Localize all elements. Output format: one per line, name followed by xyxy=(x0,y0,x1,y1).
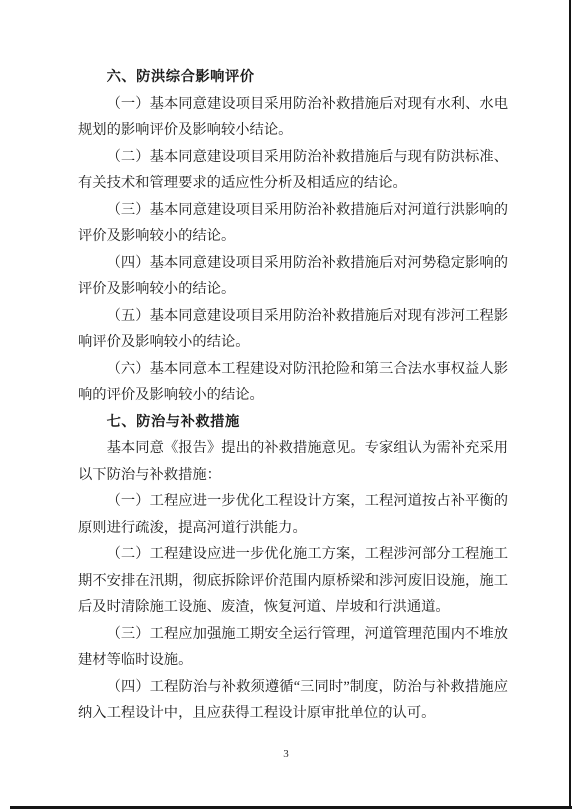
document-paragraph: （二）工程建设应进一步优化施工方案，工程涉河部分工程施工期不安排在汛期，彻底拆除… xyxy=(78,541,508,621)
page-number: 3 xyxy=(0,746,572,762)
document-paragraph: （四）基本同意建设项目采用防治补救措施后对河势稳定影响的评价及影响较小的结论。 xyxy=(78,250,508,303)
document-paragraph: （五）基本同意建设项目采用防治补救措施后对现有涉河工程影响评价及影响较小的结论。 xyxy=(78,303,508,356)
document-paragraph: （三）基本同意建设项目采用防治补救措施后对河道行洪影响的评价及影响较小的结论。 xyxy=(78,197,508,250)
document-paragraph: （一）工程应进一步优化工程设计方案，工程河道按占补平衡的原则进行疏浚，提高河道行… xyxy=(78,488,508,541)
document-paragraph: （六）基本同意本工程建设对防汛抢险和第三合法水事权益人影响的评价及影响较小的结论… xyxy=(78,356,508,409)
section-heading-7: 七、防治与补救措施 xyxy=(78,409,508,436)
scan-edge-right xyxy=(569,0,571,809)
document-paragraph: （三）工程应加强施工期安全运行管理，河道管理范围内不堆放建材等临时设施。 xyxy=(78,621,508,674)
document-paragraph: （二）基本同意建设项目采用防治补救措施后与现有防洪标准、有关技术和管理要求的适应… xyxy=(78,144,508,197)
document-paragraph: （一）基本同意建设项目采用防治补救措施后对现有水利、水电规划的影响评价及影响较小… xyxy=(78,91,508,144)
document-paragraph: 基本同意《报告》提出的补救措施意见。专家组认为需补充采用以下防治与补救措施： xyxy=(78,435,508,488)
document-paragraph: （四）工程防治与补救须遵循“三同时”制度，防治与补救措施应纳入工程设计中，且应获… xyxy=(78,674,508,727)
document-page: 六、防洪综合影响评价 （一）基本同意建设项目采用防治补救措施后对现有水利、水电规… xyxy=(0,0,572,809)
section-heading-6: 六、防洪综合影响评价 xyxy=(78,64,508,91)
document-body: 六、防洪综合影响评价 （一）基本同意建设项目采用防治补救措施后对现有水利、水电规… xyxy=(78,64,508,727)
